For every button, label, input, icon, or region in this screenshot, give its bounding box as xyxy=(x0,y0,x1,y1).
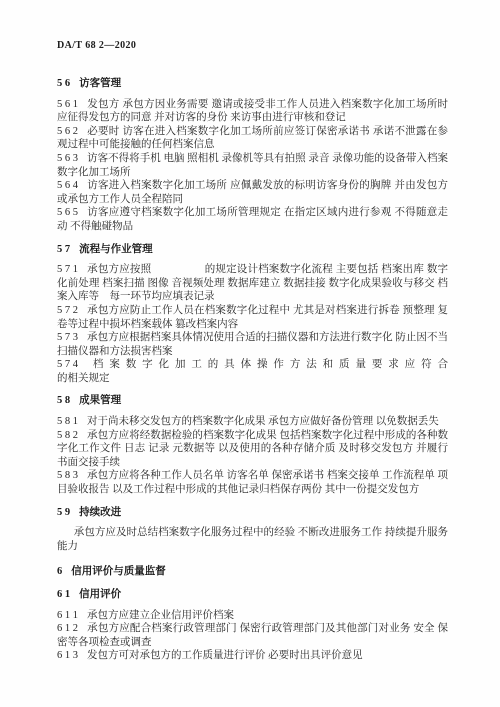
clause-number: 6 1 2 xyxy=(57,622,78,636)
standard-number-header: DA/T 68 2—2020 xyxy=(57,40,448,51)
clause-text: 访客管理 xyxy=(79,78,121,89)
clause-text: 档案数字化加工的具体操作方法和质量要求应符合 的相关规定 xyxy=(57,359,500,384)
clause-6-1-2: 6 1 2承包方应配合档案行政管理部门 保密行政管理部门及其他部门对业务 安全 … xyxy=(57,622,448,649)
clause-number: 5 8 2 xyxy=(57,429,78,443)
clause-5-8-1: 5 8 1对于尚未移交发包方的档案数字化成果 承包方应做好备份管理 以免数据丢失 xyxy=(57,415,448,429)
clause-text: 承包方应防止工作人员在档案数字化过程中 尤其是对档案进行拆卷 预整理 复卷等过程… xyxy=(57,305,448,330)
clause-number: 5 6 3 xyxy=(57,152,78,166)
clause-number: 5 6 xyxy=(57,77,70,91)
clause-5-6-2: 5 6 2必要时 访客在进入档案数字化加工场所前应签订保密承诺书 承诺不泄露在参… xyxy=(57,125,448,152)
clause-text: 承包方应将各种工作人员名单 访客名单 保密承诺书 档案交接单 工作流程单 项目验… xyxy=(57,470,448,495)
clause-text: 承包方应及时总结档案数字化服务过程中的经验 不断改进服务工作 持续提升服务能力 xyxy=(57,527,448,552)
clause-text: 承包方应根据档案具体情况使用合适的扫描仪器和方法进行数字化 防止因不当扫描仪器和… xyxy=(57,332,448,357)
clause-text: 发包方可对承包方的工作质量进行评价 必要时出具评价意见 xyxy=(87,650,363,661)
clause-number: 5 7 4 xyxy=(57,358,78,372)
section-heading-5-9: 5 9持续改进 xyxy=(57,506,448,520)
clause-number: 5 8 xyxy=(57,394,70,408)
clause-6-1-1: 6 1 1承包方应建立企业信用评价档案 xyxy=(57,609,448,623)
clause-number: 5 6 2 xyxy=(57,125,78,139)
clause-number: 5 7 3 xyxy=(57,331,78,345)
clause-text: 访客不得将手机 电脑 照相机 录像机等具有拍照 录音 录像功能的设备带入档案数字… xyxy=(57,153,448,178)
clause-6-1-3: 6 1 3发包方可对承包方的工作质量进行评价 必要时出具评价意见 xyxy=(57,649,448,663)
clause-5-7-3: 5 7 3承包方应根据档案具体情况使用合适的扫描仪器和方法进行数字化 防止因不当… xyxy=(57,331,448,358)
clause-text: 信用评价与质量监督 xyxy=(71,566,166,577)
section-heading-5-6: 5 6访客管理 xyxy=(57,77,448,91)
clause-text: 流程与作业管理 xyxy=(79,244,153,255)
clause-number: 5 8 3 xyxy=(57,469,78,483)
clause-number: 5 8 1 xyxy=(57,415,78,429)
clause-text: 承包方应建立企业信用评价档案 xyxy=(87,610,234,621)
clause-text: 必要时 访客在进入档案数字化加工场所前应签订保密承诺书 承诺不泄露在参观过程中可… xyxy=(57,126,448,151)
clause-5-6-3: 5 6 3访客不得将手机 电脑 照相机 录像机等具有拍照 录音 录像功能的设备带… xyxy=(57,152,448,179)
clause-text: 发包方 承包方因业务需要 邀请或接受非工作人员进入档案数字化加工场所时 应征得发… xyxy=(57,99,451,124)
clause-5-7-4: 5 7 4档案数字化加工的具体操作方法和质量要求应符合 的相关规定 xyxy=(57,358,448,385)
section-heading-6: 6信用评价与质量监督 xyxy=(57,565,448,579)
section-heading-5-8: 5 8成果管理 xyxy=(57,394,448,408)
clause-number: 6 xyxy=(57,565,62,579)
clause-number: 5 7 2 xyxy=(57,304,78,318)
clause-text: 承包方应按照 的规定设计档案数字化流程 主要包括 档案出库 数字化前处理 档案扫… xyxy=(57,264,448,302)
clause-text: 访客进入档案数字化加工场所 应佩戴发放的标明访客身份的胸牌 并由发包方或承包方工… xyxy=(57,180,448,205)
clause-5-6-5: 5 6 5访客应遵守档案数字化加工场所管理规定 在指定区域内进行参观 不得随意走… xyxy=(57,206,448,233)
clause-5-7-1: 5 7 1承包方应按照 的规定设计档案数字化流程 主要包括 档案出库 数字化前处… xyxy=(57,263,448,304)
clause-number: 5 6 5 xyxy=(57,206,78,220)
clause-text: 承包方应将经数据检验的档案数字化成果 包括档案数字化过程中形成的各种数字化工作文… xyxy=(57,430,448,468)
section-heading-5-7: 5 7流程与作业管理 xyxy=(57,243,448,257)
clause-number: 6 1 3 xyxy=(57,649,78,663)
clause-number: 5 7 1 xyxy=(57,263,78,277)
clause-text: 成果管理 xyxy=(79,395,121,406)
clause-5-6-1: 5 6 1发包方 承包方因业务需要 邀请或接受非工作人员进入档案数字化加工场所时… xyxy=(57,98,448,125)
clause-number: 5 7 xyxy=(57,243,70,257)
clause-text: 信用评价 xyxy=(79,589,121,600)
clause-number: 6 1 xyxy=(57,588,70,602)
section-heading-6-1: 6 1信用评价 xyxy=(57,588,448,602)
clause-5-6-4: 5 6 4访客进入档案数字化加工场所 应佩戴发放的标明访客身份的胸牌 并由发包方… xyxy=(57,179,448,206)
clause-5-7-2: 5 7 2承包方应防止工作人员在档案数字化过程中 尤其是对档案进行拆卷 预整理 … xyxy=(57,304,448,331)
clause-number: 5 6 4 xyxy=(57,179,78,193)
clause-5-8-3: 5 8 3承包方应将各种工作人员名单 访客名单 保密承诺书 档案交接单 工作流程… xyxy=(57,469,448,496)
clause-number: 5 6 1 xyxy=(57,98,78,112)
clause-text: 访客应遵守档案数字化加工场所管理规定 在指定区域内进行参观 不得随意走动 不得触… xyxy=(57,207,448,232)
clause-number: 5 9 xyxy=(57,506,70,520)
clause-text: 持续改进 xyxy=(79,507,121,518)
clause-5-9-body: 承包方应及时总结档案数字化服务过程中的经验 不断改进服务工作 持续提升服务能力 xyxy=(57,526,448,553)
clause-number: 6 1 1 xyxy=(57,609,78,623)
document-page: DA/T 68 2—2020 5 6访客管理 5 6 1发包方 承包方因业务需要… xyxy=(0,0,500,707)
clause-text: 承包方应配合档案行政管理部门 保密行政管理部门及其他部门对业务 安全 保密等各项… xyxy=(57,623,448,648)
clause-5-8-2: 5 8 2承包方应将经数据检验的档案数字化成果 包括档案数字化过程中形成的各种数… xyxy=(57,429,448,470)
clause-text: 对于尚未移交发包方的档案数字化成果 承包方应做好备份管理 以免数据丢失 xyxy=(87,416,439,427)
